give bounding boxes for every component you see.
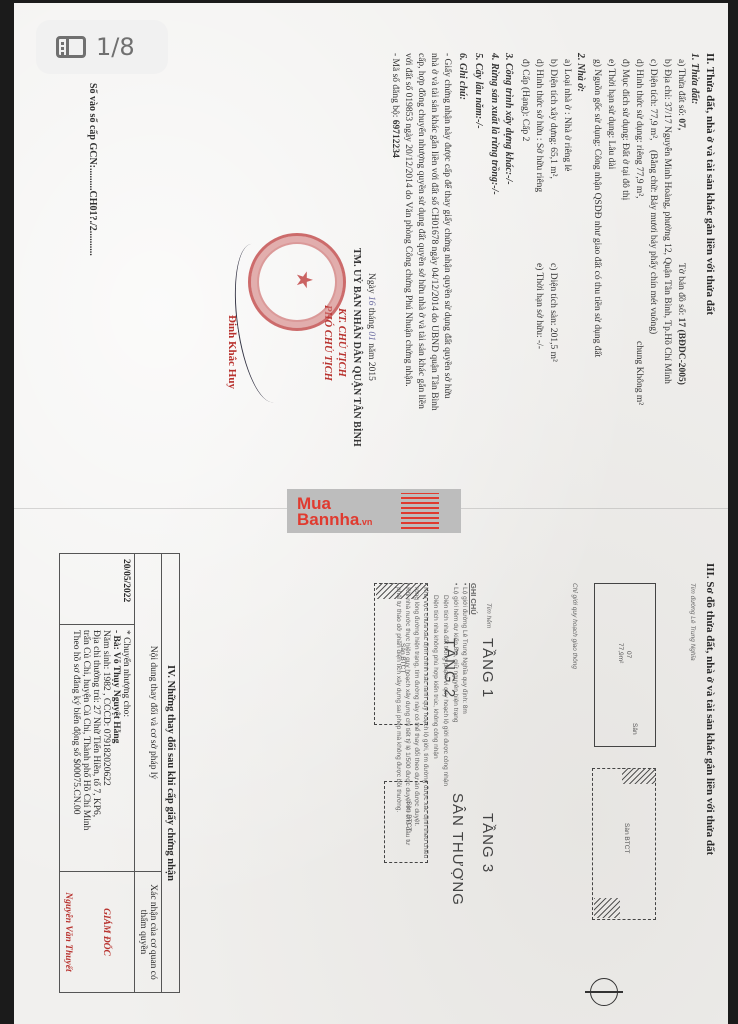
note-line: - Giấy chứng nhận này được cấp để thay g… (442, 53, 452, 399)
origin: Công nhận QSDĐ như giao đất có thu tiền … (592, 149, 602, 357)
purpose-label: đ) Mục đích sử dụng: (620, 59, 630, 141)
registry-label: - Mã số đăng bộ: (390, 53, 400, 117)
signer-role-1: KT. CHỦ TỊCH (336, 308, 347, 377)
land-heading: 1. Thửa đất: (689, 53, 700, 104)
ownership-term-label: e) Thời hạn sở hữu: (534, 263, 544, 338)
ownership-term: -/- (534, 340, 544, 349)
legend-item: phải tự tháo dỡ phần diện tích xây dựng … (395, 587, 402, 812)
confirm-signer: Nguyễn Văn Thuyết (63, 877, 73, 987)
use-form-private: riêng 77,9 m², (634, 145, 644, 199)
legend-item: • Khu vực chưa xác định chính xác ranh q… (422, 583, 429, 858)
parcel-number: 07 (625, 651, 632, 658)
section-4-title: IV. Những thay đổi sau khi cấp giấy chứn… (162, 554, 180, 993)
build-area: 65,1 m², (548, 147, 558, 179)
col-content-header: Nội dung thay đổi và cơ sở pháp lý (135, 554, 162, 872)
floor-1-label: TẦNG 1 (479, 638, 496, 698)
other-works: 3. Công trình xây dựng khác:-/- (503, 53, 514, 185)
left-page: Số vào sổ cấp GCN:.........CH01?./2.....… (14, 23, 728, 503)
forest: 4. Rừng sản xuất là rừng trồng:-/- (489, 53, 500, 195)
star-icon: ★ (291, 270, 317, 290)
watermark-line-2: Bannha.vn (297, 511, 372, 531)
sidebar-panel-icon[interactable] (56, 36, 86, 58)
map-sheet: 17 (BĐDC-2005) (676, 318, 686, 385)
confirm-stamp-title: GIÁM ĐỐC (101, 877, 111, 987)
rear-boundary-label: Tim hẻm (485, 603, 492, 628)
house-type-label: a) Loại nhà ở : (562, 59, 572, 115)
legend-item: • Khi nhà nước thực hiện quy hoạch xây d… (404, 583, 411, 845)
section-2-title: II. Thửa đất, nhà ở và tài sản khác gắn … (704, 53, 716, 315)
use-form-shared: chung Không m² (634, 341, 644, 405)
issue-date: Ngày 16 tháng 01 năm 2015 (366, 273, 376, 381)
map-sheet-label: Tờ bản đồ số: (676, 263, 686, 315)
signer-name: Đinh Khắc Huy (226, 315, 238, 389)
hatched-area (376, 583, 428, 599)
address-label: b) Địa chỉ: (662, 59, 672, 100)
floor-3-label: TẦNG 3 (479, 813, 496, 873)
parcel-no-label: a) Thửa đất số: (676, 59, 686, 116)
front-road-label: Tim đường Lê Trung Nghĩa (689, 583, 696, 661)
issuing-authority: TM. UỶ BAN NHÂN DÂN QUẬN TÂN BÌNH (351, 248, 362, 447)
parcel-no: 07, (676, 118, 686, 130)
floor-area-label: c) Diện tích sàn: (548, 263, 558, 326)
origin-label: g) Nguồn gốc sử dụng: (592, 59, 602, 146)
notes-heading: 6. Ghi chú: (457, 53, 468, 100)
address: 37/17 Nguyễn Minh Hoàng, phường 12, Quận… (662, 102, 672, 384)
house-heading: 2. Nhà ở: (575, 53, 586, 92)
area-label: c) Diện tích: (648, 59, 658, 106)
perennial-trees: 5. Cây lâu năm:-/- (473, 53, 484, 129)
legend-title: GHI CHÚ (469, 583, 478, 615)
col-confirm-header: Xác nhận của cơ quan có thẩm quyền (135, 872, 162, 993)
section-3-title: III. Sơ đồ thửa đất, nhà ở và tài sản kh… (704, 563, 716, 855)
ownership: Sở hữu riêng (534, 143, 544, 192)
legend-item: Diện tích nhà không phù hợp kiến trúc, k… (432, 595, 439, 759)
watermark-logo: Mua Bannha.vn (287, 489, 461, 533)
north-arrow-icon (590, 978, 618, 1006)
page-count: 1/8 (96, 33, 135, 61)
changes-table: IV. Những thay đổi sau khi cấp giấy chứn… (59, 553, 180, 993)
parcel-area: 77,9m² (617, 643, 624, 663)
grade: Cấp 2 (520, 119, 530, 141)
legend-item: • Lộ giới đường Lê Trung Nghĩa quy định:… (461, 583, 468, 714)
legend-item: rộng lòng đường hiện trạng, tim đường nà… (413, 587, 420, 826)
floor-1-plan (594, 583, 656, 747)
page-indicator[interactable]: 1/8 (36, 20, 168, 74)
grade-label: đ) Cấp (Hạng): (520, 59, 530, 117)
hatched-area (594, 898, 620, 918)
change-content: * Chuyển nhượng cho: - Bà: Võ Thụy Nguyệ… (60, 625, 135, 872)
slab-label: Sàn BTCT (623, 823, 630, 853)
purpose: Đất ở tại đô thị (620, 143, 630, 200)
floor-area: 201,5 m² (548, 328, 558, 362)
table-row: 20/05/2022 * Chuyển nhượng cho: - Bà: Võ… (60, 554, 135, 993)
note-line: với đất số 019853 ngày 20/12/2014 do Văn… (403, 53, 413, 387)
rooftop-label: SÂN THƯỢNG (449, 793, 466, 906)
registry-number: 69712234 (390, 120, 400, 158)
planning-line-label: Chỉ giới quy hoạch giao thông (571, 583, 578, 669)
legend-item: • Lộ giới hẻm dự kiến 8m, giữ nguyên hiệ… (452, 583, 459, 723)
change-confirmation: GIÁM ĐỐC Nguyễn Văn Thuyết (60, 872, 135, 993)
area-words: (Bằng chữ: Bảy mươi bảy phẩy chín mét vu… (648, 150, 658, 334)
note-line: nhà ở và tài sản khác gắn liền với đất s… (429, 53, 439, 411)
building-icon (401, 493, 439, 529)
note-line: cấp, hợp đồng chuyển nhượng quyền sử dụn… (416, 53, 426, 409)
gcn-entry-number: Số vào sổ cấp GCN:.........CH01?./2.....… (87, 83, 98, 256)
legend-item: Diện tích nhà đất trong phạm vi quy hoạc… (442, 595, 449, 786)
yard-label: Sân (631, 723, 638, 735)
hatched-area (622, 768, 656, 784)
term: Lâu dài (606, 141, 616, 170)
area: 77,9 m², (648, 109, 658, 141)
ownership-label: d) Hình thức sở hữu : (534, 59, 544, 141)
use-form-label: d) Hình thức sử dụng: (634, 59, 644, 143)
term-label: e) Thời hạn sử dụng: (606, 59, 616, 138)
build-area-label: b) Diện tích xây dựng: (548, 59, 558, 145)
house-type: Nhà ở riêng lẻ (562, 117, 572, 171)
change-date: 20/05/2022 (60, 554, 135, 625)
right-page: III. Sơ đồ thửa đất, nhà ở và tài sản kh… (14, 523, 728, 1023)
